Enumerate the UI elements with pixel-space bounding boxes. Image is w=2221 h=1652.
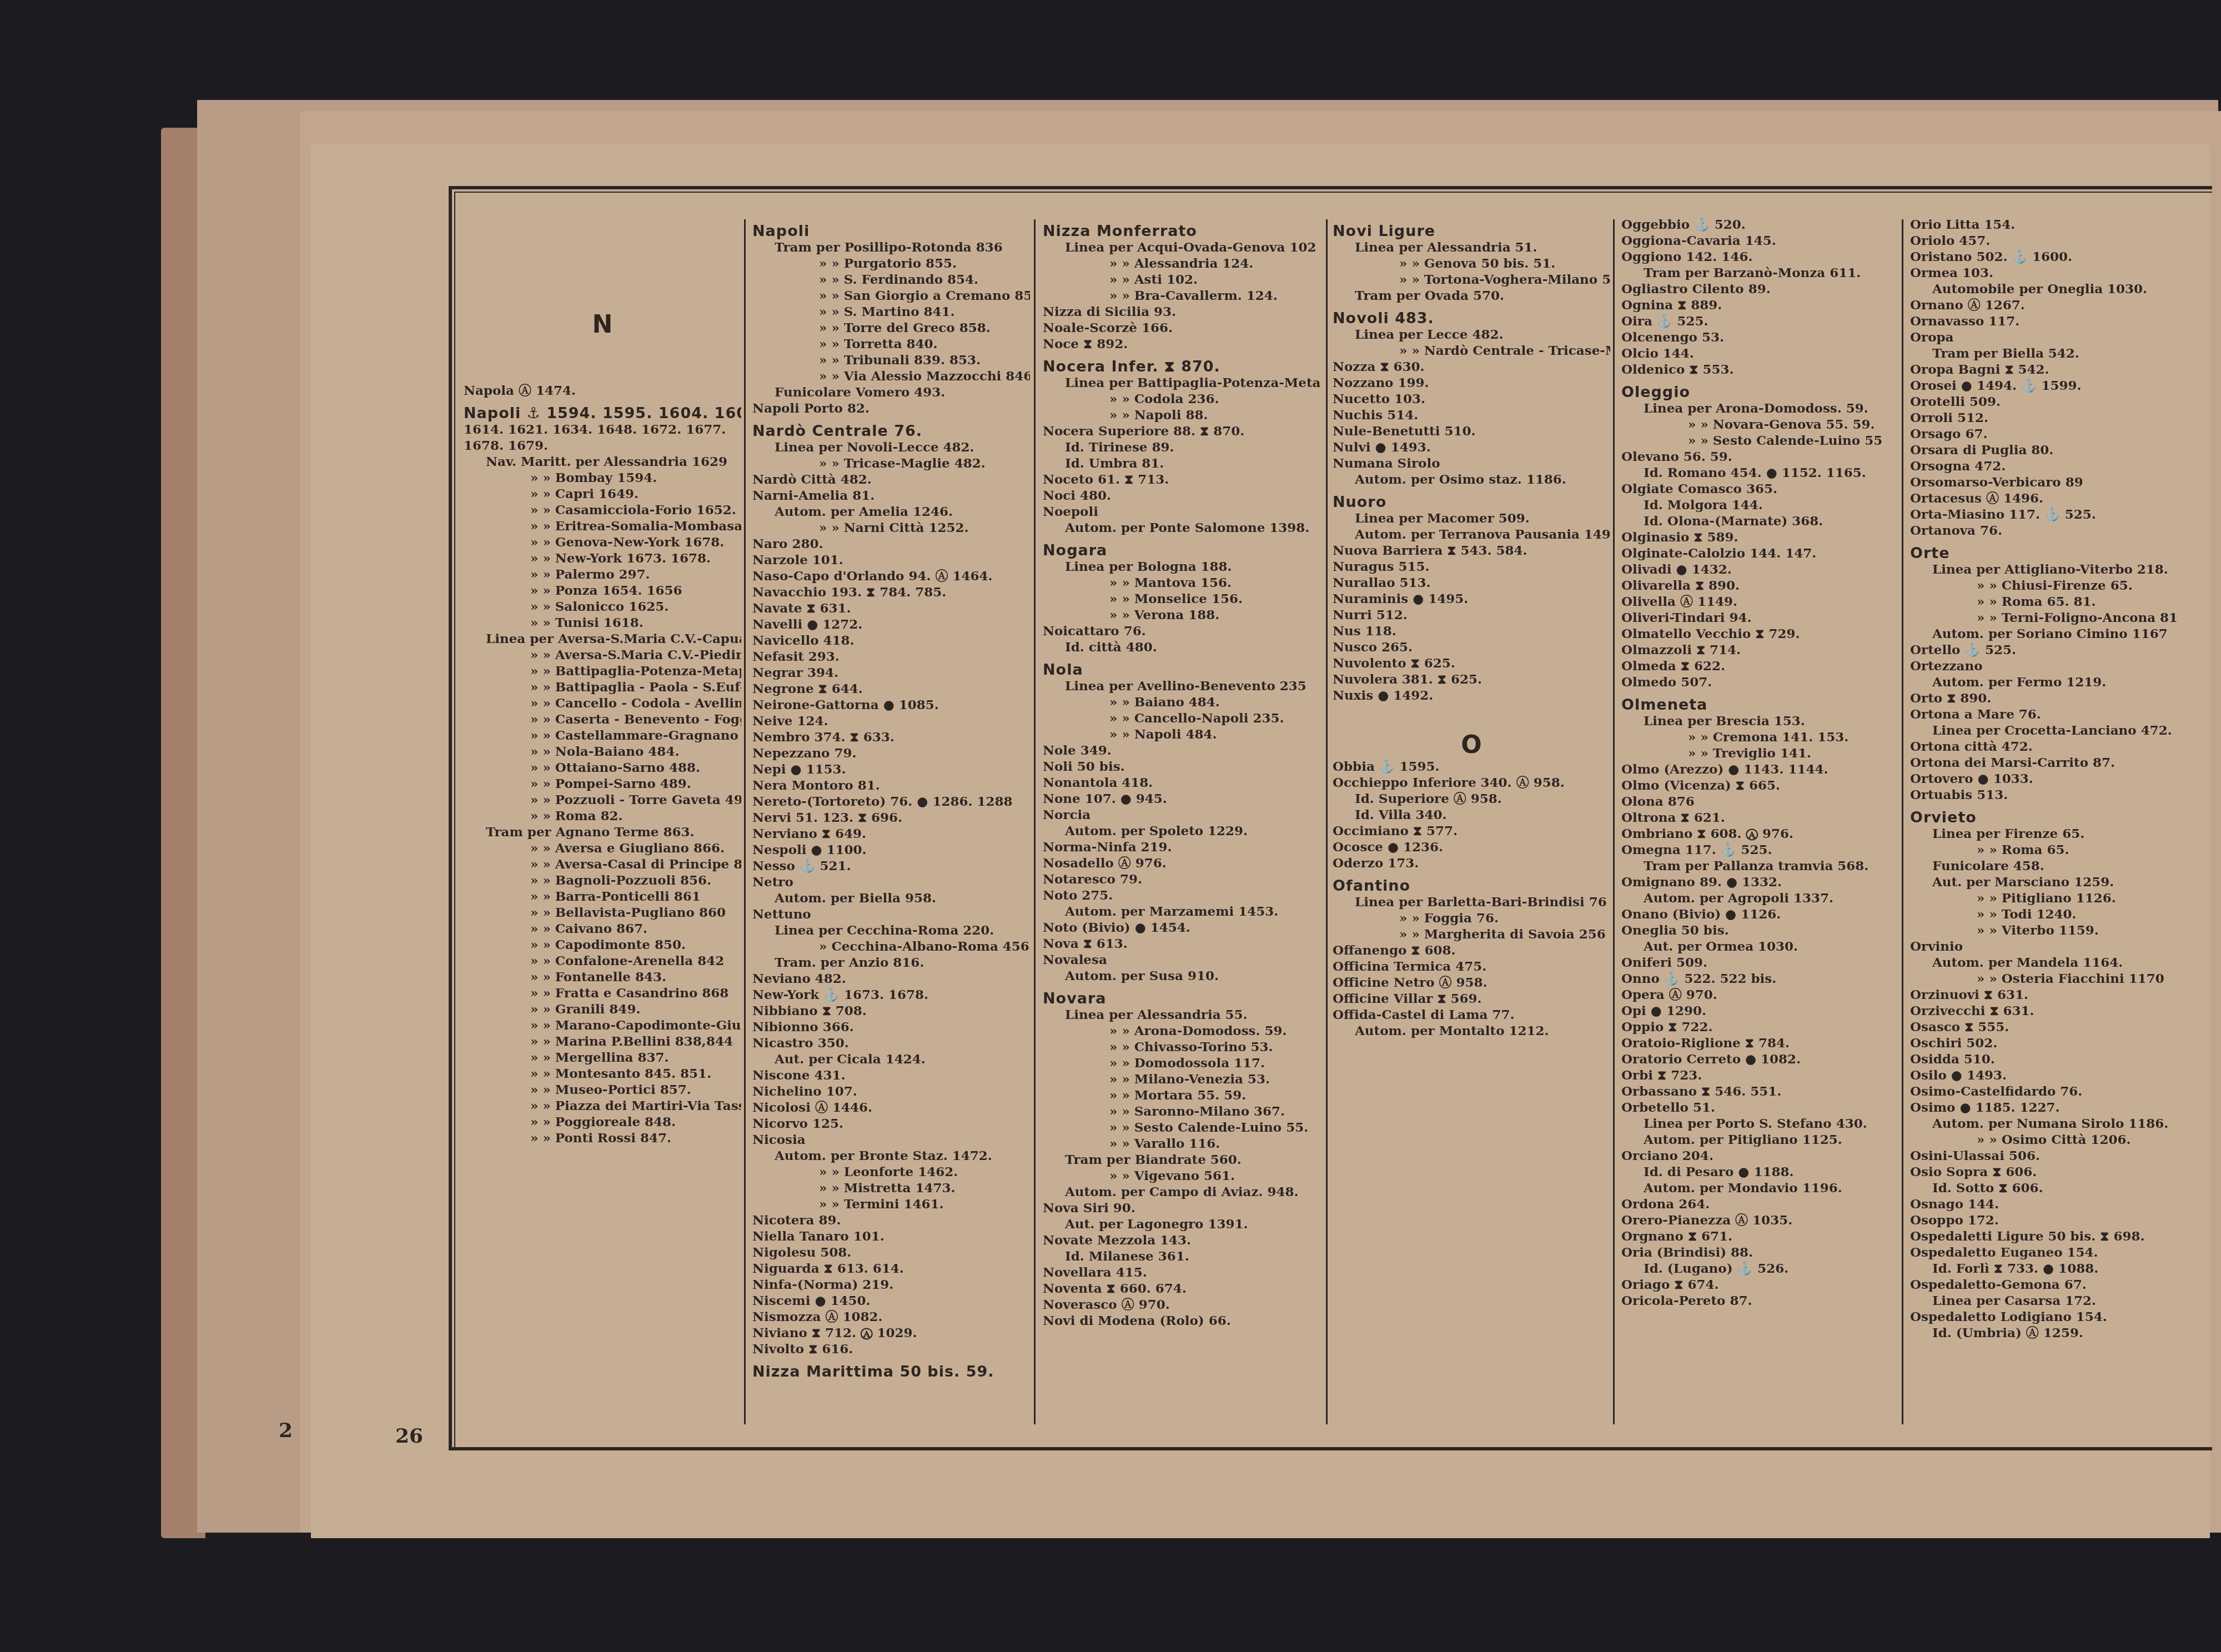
index-entry: Nova ⧗ 613.: [1043, 936, 1320, 952]
index-entry: Ospedaletti Ligure 50 bis. ⧗ 698.: [1910, 1228, 2188, 1244]
index-entry: » » Bagnoli-Pozzuoli 856.: [464, 872, 741, 888]
index-entry: Ornavasso 117.: [1910, 313, 2188, 329]
index-heading: Ofantino: [1333, 878, 1610, 894]
index-column-5: Oggebbio ⚓ 520.Oggiona-Cavaria 145.Oggio…: [1621, 217, 1899, 1309]
index-entry: » » Leonforte 1462.: [752, 1164, 1030, 1180]
index-entry: Nozzano 199.: [1333, 375, 1610, 391]
index-entry: » » Varallo 116.: [1043, 1136, 1320, 1152]
index-entry: Nizza di Sicilia 93.: [1043, 304, 1320, 320]
index-entry: » » Alessandria 124.: [1043, 255, 1320, 272]
index-entry: Oratoio-Riglione ⧗ 784.: [1621, 1035, 1899, 1051]
index-entry: Osini-Ulassai 506.: [1910, 1148, 2188, 1164]
index-entry: Tram. per Anzio 816.: [752, 955, 1030, 971]
index-entry: Negrar 394.: [752, 665, 1030, 681]
index-entry: Linea per Attigliano-Viterbo 218.: [1910, 561, 2188, 578]
index-entry: Oriolo 457.: [1910, 233, 2188, 249]
index-entry: » » Granili 849.: [464, 1001, 741, 1017]
index-entry: Nereto-(Tortoreto) 76. ● 1286. 1288: [752, 794, 1030, 810]
index-entry: Nozza ⧗ 630.: [1333, 359, 1610, 375]
index-heading: Nizza Marittima 50 bis. 59.: [752, 1364, 1030, 1380]
index-entry: Netro: [752, 874, 1030, 890]
index-entry: » » Castellammare-Gragnano 238.: [464, 727, 741, 744]
index-entry: Orosei ● 1494. ⚓ 1599.: [1910, 378, 2188, 394]
index-entry: Nosadello Ⓐ 976.: [1043, 855, 1320, 871]
index-entry: Aut. per Lagonegro 1391.: [1043, 1216, 1320, 1232]
index-entry: Osimo ● 1185. 1227.: [1910, 1099, 2188, 1116]
index-entry: Id. (Umbria) Ⓐ 1259.: [1910, 1325, 2188, 1341]
column-divider: [744, 219, 746, 1424]
index-heading: Nuoro: [1333, 494, 1610, 510]
index-entry: Omegna 117. ⚓ 525.: [1621, 842, 1899, 858]
index-entry: » » Piazza dei Martiri-Via Tasso 852.: [464, 1098, 741, 1114]
index-entry: Oderzo 173.: [1333, 855, 1610, 871]
index-entry: Linea per Brescia 153.: [1621, 713, 1899, 729]
index-entry: » » Battipaglia-Potenza-Metaponto 88.: [464, 663, 741, 679]
index-entry: Oneglia 50 bis.: [1621, 922, 1899, 938]
index-entry: Nole 349.: [1043, 742, 1320, 759]
index-entry: Orio Litta 154.: [1910, 217, 2188, 233]
index-entry: Autom. per Mondavio 1196.: [1621, 1180, 1899, 1196]
index-entry: » » Fontanelle 843.: [464, 969, 741, 985]
index-entry: Opi ● 1290.: [1621, 1003, 1899, 1019]
index-entry: » » Palermo 297.: [464, 566, 741, 583]
index-entry: Nardò Città 482.: [752, 471, 1030, 488]
index-entry: » » Margherita di Savoia 256: [1333, 926, 1610, 942]
index-entry: Olmedo 507.: [1621, 674, 1899, 690]
index-entry: Aut. per Ormea 1030.: [1621, 938, 1899, 955]
index-entry: » » Domodossola 117.: [1043, 1055, 1320, 1071]
index-heading: Olmeneta: [1621, 697, 1899, 713]
index-entry: Oliveri-Tindari 94.: [1621, 610, 1899, 626]
index-entry: » » Eritrea-Somalia-Mombasa 1595.: [464, 518, 741, 534]
index-entry: Ortona a Mare 76.: [1910, 706, 2188, 722]
index-entry: Niscone 431.: [752, 1067, 1030, 1083]
index-entry: Niella Tanaro 101.: [752, 1228, 1030, 1244]
index-entry: » » Cancello - Codola - Avellino 235.: [464, 695, 741, 711]
index-entry: » » Sesto Calende-Luino 55: [1621, 433, 1899, 449]
index-entry: Orsomarso-Verbicaro 89: [1910, 474, 2188, 490]
index-entry: » » Museo-Portici 857.: [464, 1082, 741, 1098]
index-entry: » » Confalone-Arenella 842: [464, 953, 741, 969]
index-entry: Autom. per Pitigliano 1125.: [1621, 1132, 1899, 1148]
index-entry: Nuvolera 381. ⧗ 625.: [1333, 671, 1610, 687]
index-entry: Nettuno: [752, 906, 1030, 922]
index-entry: » » Mistretta 1473.: [752, 1180, 1030, 1196]
index-entry: Nepi ● 1153.: [752, 761, 1030, 777]
index-entry: Novate Mezzola 143.: [1043, 1232, 1320, 1248]
index-entry: Linea per Casarsa 172.: [1910, 1293, 2188, 1309]
index-entry: Oschiri 502.: [1910, 1035, 2188, 1051]
index-entry: Oria (Brindisi) 88.: [1621, 1244, 1899, 1261]
index-entry: Autom. per Mandela 1164.: [1910, 955, 2188, 971]
index-entry: Autom. per Marzamemi 1453.: [1043, 903, 1320, 920]
index-entry: Nurri 512.: [1333, 607, 1610, 623]
index-entry: Noepoli: [1043, 504, 1320, 520]
index-entry: Ordona 264.: [1621, 1196, 1899, 1212]
index-entry: Olivarella ⧗ 890.: [1621, 578, 1899, 594]
index-entry: » » Cancello-Napoli 235.: [1043, 710, 1320, 726]
index-entry: Neirone-Gattorna ● 1085.: [752, 697, 1030, 713]
index-entry: » » Mergellina 837.: [464, 1050, 741, 1066]
index-entry: Orzinuovi ⧗ 631.: [1910, 987, 2188, 1003]
index-entry: » » Caivano 867.: [464, 921, 741, 937]
index-entry: Oristano 502. ⚓ 1600.: [1910, 249, 2188, 265]
index-entry: Niviano ⧗ 712. Ⓐ 1029.: [752, 1325, 1030, 1341]
index-entry: Officine Villar ⧗ 569.: [1333, 991, 1610, 1007]
index-entry: Osoppo 172.: [1910, 1212, 2188, 1228]
index-entry: Officine Netro Ⓐ 958.: [1333, 975, 1610, 991]
index-entry: Notaresco 79.: [1043, 871, 1320, 887]
index-entry: » » Montesanto 845. 851.: [464, 1066, 741, 1082]
index-entry: Nismozza Ⓐ 1082.: [752, 1309, 1030, 1325]
index-entry: None 107. ● 945.: [1043, 791, 1320, 807]
index-entry: » » Via Alessio Mazzocchi 846: [752, 368, 1030, 384]
index-entry: » » Saronno-Milano 367.: [1043, 1103, 1320, 1119]
index-entry: Nusco 265.: [1333, 639, 1610, 655]
index-entry: Niguarda ⧗ 613. 614.: [752, 1261, 1030, 1277]
index-entry: Oggiona-Cavaria 145.: [1621, 233, 1899, 249]
index-entry: Id. Superiore Ⓐ 958.: [1333, 791, 1610, 807]
index-entry: Osnago 144.: [1910, 1196, 2188, 1212]
index-entry: Orero-Pianezza Ⓐ 1035.: [1621, 1212, 1899, 1228]
index-entry: Tram per Pallanza tramvia 568.: [1621, 858, 1899, 874]
index-entry: Nerviano ⧗ 649.: [752, 826, 1030, 842]
index-heading: Novi Ligure: [1333, 223, 1610, 239]
index-entry: Napola Ⓐ 1474.: [464, 383, 741, 399]
column-divider: [1902, 219, 1903, 1424]
index-entry: Olivadi ● 1432.: [1621, 561, 1899, 578]
index-entry: Orbetello 51.: [1621, 1099, 1899, 1116]
index-entry: Id. città 480.: [1043, 639, 1320, 655]
index-entry: Autom. per Numana Sirolo 1186.: [1910, 1116, 2188, 1132]
index-entry: Autom. per Susa 910.: [1043, 968, 1320, 984]
index-entry: Orbassano ⧗ 546. 551.: [1621, 1083, 1899, 1099]
index-entry: Id. Tirinese 89.: [1043, 439, 1320, 455]
index-entry: Oggebbio ⚓ 520.: [1621, 217, 1899, 233]
index-entry: Osimo-Castelfidardo 76.: [1910, 1083, 2188, 1099]
index-entry: Noto (Bivio) ● 1454.: [1043, 920, 1320, 936]
index-entry: » » Aversa-S.Maria C.V.-Piedimonte Al.48…: [464, 647, 741, 663]
index-entry: » » Todi 1240.: [1910, 906, 2188, 922]
index-entry: Niscemi ● 1450.: [752, 1293, 1030, 1309]
index-entry: Orciano 204.: [1621, 1148, 1899, 1164]
index-column-3: Nizza MonferratoLinea per Acqui-Ovada-Ge…: [1043, 217, 1320, 1329]
index-entry: » » Genova 50 bis. 51.: [1333, 255, 1610, 272]
index-entry: » » Torre del Greco 858.: [752, 320, 1030, 336]
index-entry: Ospedaletto Euganeo 154.: [1910, 1244, 2188, 1261]
index-entry: Olmeda ⧗ 622.: [1621, 658, 1899, 674]
index-column-4: Novi LigureLinea per Alessandria 51.» » …: [1333, 217, 1610, 1039]
index-entry: » » Purgatorio 855.: [752, 255, 1030, 272]
index-entry: Nav. Maritt. per Alessandria 1629: [464, 454, 741, 470]
index-entry: Orsogna 472.: [1910, 458, 2188, 474]
index-heading: Oleggio: [1621, 384, 1899, 400]
index-entry: Olivella Ⓐ 1149.: [1621, 594, 1899, 610]
index-entry: Oriago ⧗ 674.: [1621, 1277, 1899, 1293]
index-entry: Tram per Biella 542.: [1910, 345, 2188, 361]
index-entry: » » New-York 1673. 1678.: [464, 550, 741, 566]
index-entry: Nichelino 107.: [752, 1083, 1030, 1099]
index-entry: Nicosia: [752, 1132, 1030, 1148]
section-letter: O: [1333, 737, 1610, 753]
index-entry: Noverasco Ⓐ 970.: [1043, 1297, 1320, 1313]
index-entry: Naro 280.: [752, 536, 1030, 552]
index-entry: Autom. per Montalto 1212.: [1333, 1023, 1610, 1039]
index-entry: Novalesa: [1043, 952, 1320, 968]
index-entry: » » Aversa-Casal di Principe 865.: [464, 856, 741, 872]
index-entry: Nervi 51. 123. ⧗ 696.: [752, 810, 1030, 826]
index-entry: Norma-Ninfa 219.: [1043, 839, 1320, 855]
index-entry: » » Monselice 156.: [1043, 591, 1320, 607]
index-entry: Ogliastro Cilento 89.: [1621, 281, 1899, 297]
index-entry: Id. Romano 454. ● 1152. 1165.: [1621, 465, 1899, 481]
index-entry: Oltrona ⧗ 621.: [1621, 810, 1899, 826]
index-entry: » » Bra-Cavallerm. 124.: [1043, 288, 1320, 304]
index-entry: Nicolosi Ⓐ 1446.: [752, 1099, 1030, 1116]
index-entry: Nicastro 350.: [752, 1035, 1030, 1051]
index-entry: Linea per Novoli-Lecce 482.: [752, 439, 1030, 455]
index-entry: » » S. Ferdinando 854.: [752, 272, 1030, 288]
index-entry: Orto ⧗ 890.: [1910, 690, 2188, 706]
index-entry: Numana Sirolo: [1333, 455, 1610, 471]
index-entry: Autom. per Soriano Cimino 1167: [1910, 626, 2188, 642]
index-entry: Nuragus 515.: [1333, 559, 1610, 575]
index-entry: » » Casamicciola-Forio 1652.: [464, 502, 741, 518]
index-entry: Olginate-Calolzio 144. 147.: [1621, 545, 1899, 561]
index-entry: Linea per Porto S. Stefano 430.: [1621, 1116, 1899, 1132]
index-entry: Nibionno 366.: [752, 1019, 1030, 1035]
index-entry: Nulvi ● 1493.: [1333, 439, 1610, 455]
index-entry: 1614. 1621. 1634. 1648. 1672. 1677.: [464, 421, 741, 438]
index-entry: » » Nola-Baiano 484.: [464, 744, 741, 760]
index-entry: Norcia: [1043, 807, 1320, 823]
index-entry: » » Narni Città 1252.: [752, 520, 1030, 536]
index-entry: » » Napoli 88.: [1043, 407, 1320, 423]
index-entry: Id. Forlì ⧗ 733. ● 1088.: [1910, 1261, 2188, 1277]
index-entry: » » Chiusi-Firenze 65.: [1910, 578, 2188, 594]
page-number: 26: [395, 1424, 423, 1448]
index-entry: Olcenengo 53.: [1621, 329, 1899, 345]
index-entry: Aut. per Marsciano 1259.: [1910, 874, 2188, 890]
index-entry: Nembro 374. ⧗ 633.: [752, 729, 1030, 745]
index-entry: Linea per Alessandria 55.: [1043, 1007, 1320, 1023]
index-entry: Olmazzoli ⧗ 714.: [1621, 642, 1899, 658]
index-entry: » » S. Martino 841.: [752, 304, 1030, 320]
index-entry: Noci 480.: [1043, 488, 1320, 504]
index-entry: Narzole 101.: [752, 552, 1030, 568]
index-entry: Noventa ⧗ 660. 674.: [1043, 1281, 1320, 1297]
index-entry: New-York ⚓ 1673. 1678.: [752, 987, 1030, 1003]
index-entry: » » Termini 1461.: [752, 1196, 1030, 1212]
index-entry: » » Codola 236.: [1043, 391, 1320, 407]
index-entry: Nibbiano ⧗ 708.: [752, 1003, 1030, 1019]
index-entry: » » Caserta - Benevento - Foggia 80.: [464, 711, 741, 727]
index-entry: Ognina ⧗ 889.: [1621, 297, 1899, 313]
column-divider: [1034, 219, 1036, 1424]
index-entry: Autom. per Osimo staz. 1186.: [1333, 471, 1610, 488]
index-entry: Id. Molgora 144.: [1621, 497, 1899, 513]
index-entry: Linea per Firenze 65.: [1910, 826, 2188, 842]
index-entry: » » Pompei-Sarno 489.: [464, 776, 741, 792]
index-entry: Nicotera 89.: [752, 1212, 1030, 1228]
index-heading: Napoli ⚓ 1594. 1595. 1604. 1605.: [464, 405, 741, 421]
index-entry: Id. Olona-(Marnate) 368.: [1621, 513, 1899, 529]
index-heading: Orte: [1910, 545, 2188, 561]
index-entry: Linea per Cecchina-Roma 220.: [752, 922, 1030, 938]
index-entry: Ortacesus Ⓐ 1496.: [1910, 490, 2188, 506]
index-entry: Osio Sopra ⧗ 606.: [1910, 1164, 2188, 1180]
index-entry: » » Vigevano 561.: [1043, 1168, 1320, 1184]
index-entry: Tram per Barzanò-Monza 611.: [1621, 265, 1899, 281]
index-entry: Autom. per Biella 958.: [752, 890, 1030, 906]
index-entry: Noceto 61. ⧗ 713.: [1043, 471, 1320, 488]
index-entry: » » Baiano 484.: [1043, 694, 1320, 710]
index-entry: Noli 50 bis.: [1043, 759, 1320, 775]
index-entry: Tram per Biandrate 560.: [1043, 1152, 1320, 1168]
index-entry: » » Terni-Foligno-Ancona 81: [1910, 610, 2188, 626]
index-entry: Offida-Castel di Lama 77.: [1333, 1007, 1610, 1023]
index-entry: » » Tortona-Voghera-Milano 50 bis.: [1333, 272, 1610, 288]
index-entry: Linea per Acqui-Ovada-Genova 102: [1043, 239, 1320, 255]
index-entry: » » Bombay 1594.: [464, 470, 741, 486]
index-heading: Nola: [1043, 662, 1320, 678]
index-entry: Ortona città 472.: [1910, 739, 2188, 755]
index-entry: » » Capodimonte 850.: [464, 937, 741, 953]
index-entry: » » Ottaiano-Sarno 488.: [464, 760, 741, 776]
index-entry: Nepezzano 79.: [752, 745, 1030, 761]
index-entry: Negrone ⧗ 644.: [752, 681, 1030, 697]
index-entry: Nurallao 513.: [1333, 575, 1610, 591]
index-entry: » » Osteria Fiacchini 1170: [1910, 971, 2188, 987]
index-entry: » » Pitigliano 1126.: [1910, 890, 2188, 906]
index-entry: Ninfa-(Norma) 219.: [752, 1277, 1030, 1293]
index-entry: Olmo (Arezzo) ● 1143. 1144.: [1621, 761, 1899, 777]
index-entry: Ortezzano: [1910, 658, 2188, 674]
index-entry: Linea per Avellino-Benevento 235: [1043, 678, 1320, 694]
index-entry: Navicello 418.: [752, 632, 1030, 649]
index-entry: Autom. per Fermo 1219.: [1910, 674, 2188, 690]
index-heading: Nogara: [1043, 543, 1320, 559]
index-entry: Id. Villa 340.: [1333, 807, 1610, 823]
index-entry: Omignano 89. ● 1332.: [1621, 874, 1899, 890]
index-entry: Autom. per Spoleto 1229.: [1043, 823, 1320, 839]
index-heading: Novara: [1043, 991, 1320, 1007]
index-entry: Noce ⧗ 892.: [1043, 336, 1320, 352]
index-entry: Autom. per Bronte Staz. 1472.: [752, 1148, 1030, 1164]
index-entry: » » San Giorgio a Cremano 859.: [752, 288, 1030, 304]
left-page-number: 2: [279, 1419, 293, 1442]
index-entry: Osilo ● 1493.: [1910, 1067, 2188, 1083]
index-entry: » » Arona-Domodoss. 59.: [1043, 1023, 1320, 1039]
index-entry: Osasco ⧗ 555.: [1910, 1019, 2188, 1035]
index-entry: » » Marano-Capodimonte-Giugliano 864.: [464, 1017, 741, 1033]
index-entry: Nucetto 103.: [1333, 391, 1610, 407]
index-entry: Oricola-Pereto 87.: [1621, 1293, 1899, 1309]
index-entry: Neive 124.: [752, 713, 1030, 729]
index-entry: Tram per Agnano Terme 863.: [464, 824, 741, 840]
index-entry: Orta-Miasino 117. ⚓ 525.: [1910, 506, 2188, 523]
index-entry: Nova Siri 90.: [1043, 1200, 1320, 1216]
index-entry: Aut. per Cicala 1424.: [752, 1051, 1030, 1067]
index-entry: » » Roma 82.: [464, 808, 741, 824]
index-entry: » » Verona 188.: [1043, 607, 1320, 623]
index-entry: Nera Montoro 81.: [752, 777, 1030, 794]
index-entry: Oniferi 509.: [1621, 955, 1899, 971]
index-entry: Autom. per Amelia 1246.: [752, 504, 1030, 520]
index-entry: Id. Milanese 361.: [1043, 1248, 1320, 1264]
index-entry: Ombriano ⧗ 608. Ⓐ 976.: [1621, 826, 1899, 842]
index-entry: Automobile per Oneglia 1030.: [1910, 281, 2188, 297]
index-entry: Ocosce ● 1236.: [1333, 839, 1610, 855]
index-entry: » » Marina P.Bellini 838,844: [464, 1033, 741, 1050]
index-entry: » » Osimo Città 1206.: [1910, 1132, 2188, 1148]
index-entry: Autom. per Agropoli 1337.: [1621, 890, 1899, 906]
index-entry: Noale-Scorzè 166.: [1043, 320, 1320, 336]
index-entry: Linea per Arona-Domodoss. 59.: [1621, 400, 1899, 416]
index-entry: Ortanova 76.: [1910, 523, 2188, 539]
index-entry: Osidda 510.: [1910, 1051, 2188, 1067]
index-heading: Nizza Monferrato: [1043, 223, 1320, 239]
index-entry: Autom. per Terranova Pausania 1494.: [1333, 526, 1610, 543]
index-entry: » » Mantova 156.: [1043, 575, 1320, 591]
index-entry: Linea per Lecce 482.: [1333, 327, 1610, 343]
index-entry: Orbi ⧗ 723.: [1621, 1067, 1899, 1083]
index-entry: Naso-Capo d'Orlando 94. Ⓐ 1464.: [752, 568, 1030, 584]
index-entry: Ortovero ● 1033.: [1910, 771, 2188, 787]
column-divider: [1613, 219, 1615, 1424]
index-heading: Novoli 483.: [1333, 310, 1610, 327]
index-entry: » » Chivasso-Torino 53.: [1043, 1039, 1320, 1055]
index-entry: » » Mortara 55. 59.: [1043, 1087, 1320, 1103]
index-entry: » » Viterbo 1159.: [1910, 922, 2188, 938]
index-entry: Tram per Ovada 570.: [1333, 288, 1610, 304]
index-entry: Linea per Battipaglia-Potenza-Metaponto-…: [1043, 375, 1320, 391]
index-entry: Navelli ● 1272.: [752, 616, 1030, 632]
index-entry: Officina Termica 475.: [1333, 958, 1610, 975]
section-letter: N: [464, 317, 741, 333]
index-entry: Noto 275.: [1043, 887, 1320, 903]
index-entry: Nocera Superiore 88. ⧗ 870.: [1043, 423, 1320, 439]
index-entry: Nuova Barriera ⧗ 543. 584.: [1333, 543, 1610, 559]
index-entry: Olginasio ⧗ 589.: [1621, 529, 1899, 545]
index-entry: » » Nardò Centrale - Tricase-Maglie 482.: [1333, 343, 1610, 359]
index-entry: Oratorio Cerreto ● 1082.: [1621, 1051, 1899, 1067]
index-entry: Funicolare Vomero 493.: [752, 384, 1030, 400]
index-entry: » » Novara-Genova 55. 59.: [1621, 416, 1899, 433]
index-entry: Ospedaletto-Gemona 67.: [1910, 1277, 2188, 1293]
index-entry: Nonantola 418.: [1043, 775, 1320, 791]
index-entry: Ornano Ⓐ 1267.: [1910, 297, 2188, 313]
index-entry: Oropa: [1910, 329, 2188, 345]
index-entry: Orroli 512.: [1910, 410, 2188, 426]
index-entry: Id. Umbra 81.: [1043, 455, 1320, 471]
index-entry: Nivolto ⧗ 616.: [752, 1341, 1030, 1357]
index-entry: Nuchis 514.: [1333, 407, 1610, 423]
index-entry: Orzivecchi ⧗ 631.: [1910, 1003, 2188, 1019]
column-divider: [1326, 219, 1328, 1424]
index-entry: » » Tunisi 1618.: [464, 615, 741, 631]
index-entry: Ormea 103.: [1910, 265, 2188, 281]
index-entry: Nus 118.: [1333, 623, 1610, 639]
index-entry: » » Genova-New-York 1678.: [464, 534, 741, 550]
index-heading: Orvieto: [1910, 810, 2188, 826]
index-entry: Narni-Amelia 81.: [752, 488, 1030, 504]
index-entry: Ortello ⚓ 525.: [1910, 642, 2188, 658]
index-entry: » » Salonicco 1625.: [464, 599, 741, 615]
index-entry: » » Torretta 840.: [752, 336, 1030, 352]
index-heading: Nocera Infer. ⧗ 870.: [1043, 359, 1320, 375]
index-entry: » » Cremona 141. 153.: [1621, 729, 1899, 745]
